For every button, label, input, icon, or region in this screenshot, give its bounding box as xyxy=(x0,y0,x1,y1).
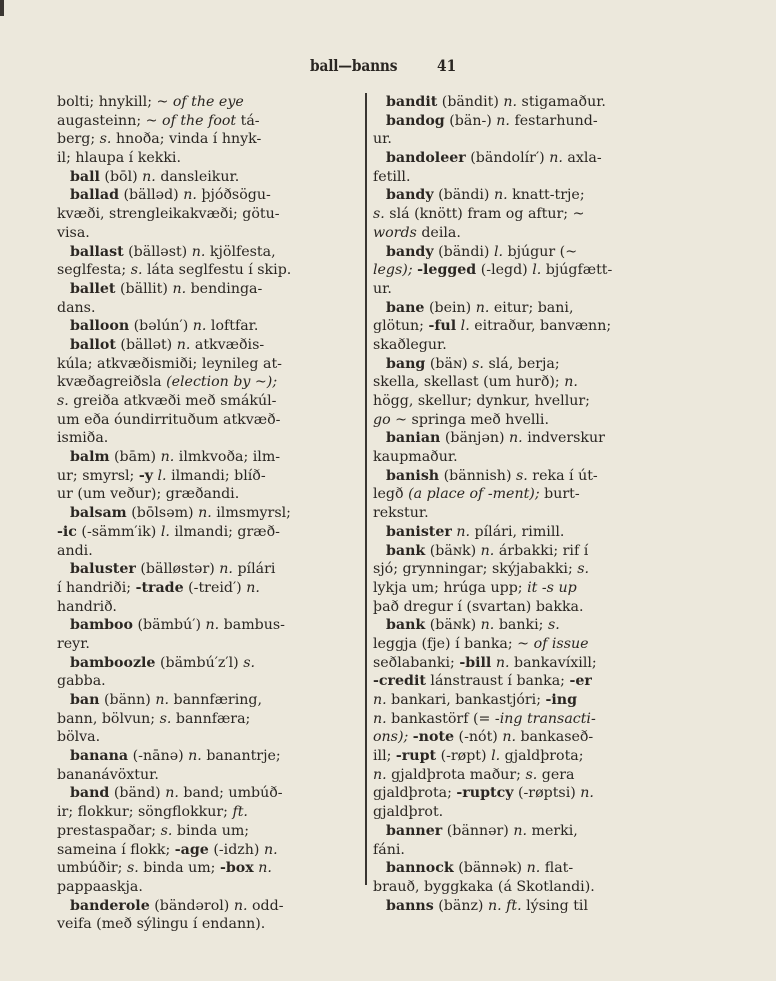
definition-text: (bändərol) xyxy=(150,898,234,914)
headword: ball xyxy=(70,169,100,185)
grammar-or-phrase: s. xyxy=(373,206,385,222)
definition-text: bannfæra; xyxy=(171,711,250,727)
entry-continuation-line: seðlabanki; -bill n. bankavíxill; xyxy=(373,654,666,673)
definition-text: (bällit) xyxy=(115,281,172,297)
definition-text: árbakki; rif í xyxy=(494,543,588,559)
definition-text: gjaldþrot. xyxy=(373,804,443,820)
definition-text: pílári xyxy=(233,561,275,577)
headword: bane xyxy=(386,300,424,316)
entry-first-line: ball (bōl) n. dansleikur. xyxy=(57,168,347,187)
grammar-or-phrase: n. xyxy=(183,187,197,203)
entry-continuation-line: glötun; -ful l. eitraður, banvænn; xyxy=(373,317,666,336)
entry-first-line: banns (bänz) n. ft. lýsing til xyxy=(373,897,666,916)
headword: banian xyxy=(386,430,440,446)
headword: bannock xyxy=(386,860,454,876)
entry-continuation-line: ill; -rupt (-røpt) l. gjaldþrota; xyxy=(373,747,666,766)
grammar-or-phrase: n. xyxy=(373,711,387,727)
entry-continuation-line: pappaaskja. xyxy=(57,878,347,897)
column-divider xyxy=(365,93,367,885)
entry-continuation-line: ons); -note (-nót) n. bankaseð- xyxy=(373,728,666,747)
headword: -ing xyxy=(546,692,578,708)
grammar-or-phrase: ~ of the eye xyxy=(156,94,243,110)
entry-first-line: bandoleer (bändolír′) n. axla- xyxy=(373,149,666,168)
definition-text: rekstur. xyxy=(373,505,429,521)
grammar-or-phrase: go ~ xyxy=(373,412,407,428)
grammar-or-phrase: (a place of -ment); xyxy=(408,486,540,502)
entry-first-line: bandy (bändi) n. knatt-trje; xyxy=(373,186,666,205)
definition-text: (-idzh) xyxy=(209,842,264,858)
headword: -trade xyxy=(136,580,184,596)
definition-text: lánstraust í banka; xyxy=(426,673,570,689)
headword: ballet xyxy=(70,281,115,297)
definition-text: ilmkvoða; ilm- xyxy=(174,449,280,465)
entry-continuation-line: seglfesta; s. láta seglfestu í skip. xyxy=(57,261,347,280)
grammar-or-phrase: l. xyxy=(158,468,167,484)
definition-text: dans. xyxy=(57,300,95,316)
definition-text: gabba. xyxy=(57,673,106,689)
entry-continuation-line: högg, skellur; dynkur, hvellur; xyxy=(373,392,666,411)
headword: bandog xyxy=(386,113,445,129)
definition-text: bankavíxill; xyxy=(509,655,596,671)
grammar-or-phrase: s. xyxy=(127,860,139,876)
definition-text: ir; flokkur; söngflokkur; xyxy=(57,804,232,820)
definition-text: (-nānə) xyxy=(128,748,188,764)
definition-text: þjóðsögu- xyxy=(197,187,271,203)
grammar-or-phrase: n. xyxy=(373,767,387,783)
grammar-or-phrase: n. xyxy=(481,543,495,559)
definition-text: (-nót) xyxy=(454,729,502,745)
grammar-or-phrase: n. xyxy=(456,524,470,540)
definition-text: tá- xyxy=(236,113,259,129)
scan-edge-mark xyxy=(0,0,4,16)
definition-text: berg; xyxy=(57,131,100,147)
headword: -credit xyxy=(373,673,426,689)
entry-first-line: banderole (bändərol) n. odd- xyxy=(57,897,347,916)
headword: -note xyxy=(413,729,454,745)
entry-continuation-line: umbúðir; s. binda um; -box n. xyxy=(57,859,347,878)
entry-continuation-line: gjaldþrot. xyxy=(373,803,666,822)
entry-first-line: banister n. pílári, rimill. xyxy=(373,523,666,542)
definition-text: (-treid′) xyxy=(184,580,247,596)
definition-text: axla- xyxy=(563,150,602,166)
headword: banderole xyxy=(70,898,150,914)
grammar-or-phrase: n. xyxy=(481,617,495,633)
definition-text: bjúgur ( xyxy=(503,244,565,260)
definition-text: bambus- xyxy=(219,617,285,633)
headword: bank xyxy=(386,543,425,559)
definition-text: loftfar. xyxy=(206,318,258,334)
definition-text: bjúgfætt- xyxy=(541,262,612,278)
definition-text: binda um; xyxy=(172,823,249,839)
headword: bank xyxy=(386,617,425,633)
entry-continuation-line: bananávöxtur. xyxy=(57,766,347,785)
grammar-or-phrase: n. xyxy=(188,748,202,764)
entry-continuation-line: n. bankastörf (= -ing transacti- xyxy=(373,710,666,729)
definition-text: bannfæring, xyxy=(169,692,262,708)
grammar-or-phrase: n. xyxy=(206,617,220,633)
entry-continuation-line: visa. xyxy=(57,224,347,243)
headword: -y xyxy=(139,468,153,484)
definition-text: (-røptsi) xyxy=(513,785,580,801)
headword: banns xyxy=(386,898,434,914)
definition-text: kúla; atkvæðismiði; leynileg at- xyxy=(57,356,282,372)
entry-continuation-line: ismiða. xyxy=(57,429,347,448)
grammar-or-phrase: s. xyxy=(161,823,173,839)
headword: -ruptcy xyxy=(456,785,513,801)
entry-first-line: bane (bein) n. eitur; bani, xyxy=(373,299,666,318)
entry-first-line: bandy (bändi) l. bjúgur (~ xyxy=(373,243,666,262)
headword: -legged xyxy=(417,262,476,278)
headword: banner xyxy=(386,823,442,839)
headword: bandy xyxy=(386,187,434,203)
grammar-or-phrase: n. xyxy=(496,113,510,129)
grammar-or-phrase: (election by ~); xyxy=(166,374,277,390)
grammar-or-phrase: n. xyxy=(258,860,272,876)
grammar-or-phrase: l. xyxy=(532,262,541,278)
entry-continuation-line: fetill. xyxy=(373,168,666,187)
definition-text: (bälləst) xyxy=(124,244,192,260)
headword: balm xyxy=(70,449,110,465)
definition-text: eitraður, banvænn; xyxy=(470,318,611,334)
running-head: ball—banns xyxy=(310,56,397,75)
definition-text: visa. xyxy=(57,225,90,241)
definition-text: (bām) xyxy=(110,449,161,465)
entry-continuation-line: sameina í flokk; -age (-idzh) n. xyxy=(57,841,347,860)
definition-text: deila. xyxy=(417,225,461,241)
definition-text: veifa (með sýlingu í endann). xyxy=(57,916,265,932)
entry-continuation-line: ur; smyrsl; -y l. ilmandi; blíð- xyxy=(57,467,347,486)
headword: baluster xyxy=(70,561,136,577)
definition-text: (bällət) xyxy=(116,337,177,353)
definition-text: ur. xyxy=(373,281,392,297)
grammar-or-phrase: n. xyxy=(198,505,212,521)
definition-text: dansleikur. xyxy=(156,169,239,185)
entry-continuation-line: ir; flokkur; söngflokkur; ft. xyxy=(57,803,347,822)
grammar-or-phrase: ft. xyxy=(232,804,247,820)
entry-continuation-line: il; hlaupa í kekki. xyxy=(57,149,347,168)
definition-text: odd- xyxy=(248,898,284,914)
entry-continuation-line: gabba. xyxy=(57,672,347,691)
headword: ban xyxy=(70,692,99,708)
entry-continuation-line: það dregur í (svartan) bakka. xyxy=(373,598,666,617)
definition-text: (bäɴk) xyxy=(425,617,480,633)
definition-text: gjaldþrota maður; xyxy=(387,767,526,783)
definition-text: glötun; xyxy=(373,318,428,334)
headword: -ful xyxy=(428,318,456,334)
grammar-or-phrase: n. xyxy=(503,94,517,110)
definition-text: ismiða. xyxy=(57,430,108,446)
grammar-or-phrase: n. xyxy=(142,169,156,185)
definition-text: bölva. xyxy=(57,729,100,745)
grammar-or-phrase: n. xyxy=(219,561,233,577)
definition-text: burt- xyxy=(540,486,580,502)
definition-text: högg, skellur; dynkur, hvellur; xyxy=(373,393,590,409)
definition-text: band; umbúð- xyxy=(179,785,283,801)
definition-text: springa með hvelli. xyxy=(407,412,549,428)
definition-text: (bämbú′) xyxy=(133,617,206,633)
definition-text: seðlabanki; xyxy=(373,655,459,671)
entry-continuation-line: n. gjaldþrota maður; s. gera xyxy=(373,766,666,785)
definition-text: (bänjən) xyxy=(440,430,509,446)
grammar-or-phrase: s. xyxy=(516,468,528,484)
entry-first-line: bannock (bännək) n. flat- xyxy=(373,859,666,878)
grammar-or-phrase: ~ of issue xyxy=(517,636,588,652)
definition-text: brauð, byggkaka (á Skotlandi). xyxy=(373,879,595,895)
grammar-or-phrase: n. xyxy=(234,898,248,914)
grammar-or-phrase: n. xyxy=(476,300,490,316)
grammar-or-phrase: -ing transacti- xyxy=(495,711,596,727)
definition-text: sameina í flokk; xyxy=(57,842,175,858)
grammar-or-phrase: it -s up xyxy=(527,580,577,596)
definition-text: slá (knött) fram og aftur; xyxy=(385,206,573,222)
entry-first-line: band (bänd) n. band; umbúð- xyxy=(57,784,347,803)
definition-text: (bämbú′z′l) xyxy=(155,655,243,671)
entry-first-line: bamboo (bämbú′) n. bambus- xyxy=(57,616,347,635)
entry-continuation-line: kvæðagreiðsla (election by ~); xyxy=(57,373,347,392)
grammar-or-phrase: n. xyxy=(580,785,594,801)
grammar-or-phrase: n. xyxy=(165,785,179,801)
grammar-or-phrase: ~ xyxy=(565,244,577,260)
definition-text: (bänn) xyxy=(99,692,155,708)
entry-first-line: ballot (bällət) n. atkvæðis- xyxy=(57,336,347,355)
entry-continuation-line: bölva. xyxy=(57,728,347,747)
definition-text: bankaseð- xyxy=(516,729,593,745)
definition-text: bann, bölvun; xyxy=(57,711,160,727)
grammar-or-phrase: n. xyxy=(494,187,508,203)
entry-first-line: bank (bäɴk) n. árbakki; rif í xyxy=(373,542,666,561)
grammar-or-phrase: words xyxy=(373,225,417,241)
definition-text: láta seglfestu í skip. xyxy=(142,262,291,278)
grammar-or-phrase: s. xyxy=(131,262,143,278)
definition-text: skella, skellast (um hurð); xyxy=(373,374,564,390)
grammar-or-phrase: s. xyxy=(577,561,589,577)
headword: bandy xyxy=(386,244,434,260)
entry-first-line: balsam (bōlsəm) n. ilmsmyrsl; xyxy=(57,504,347,523)
definition-text: banantrje; xyxy=(202,748,281,764)
definition-text: fetill. xyxy=(373,169,410,185)
definition-text: ilmsmyrsl; xyxy=(212,505,291,521)
grammar-or-phrase: n. xyxy=(172,281,186,297)
definition-text: (bändolír′) xyxy=(466,150,549,166)
entry-continuation-line: um eða óundirrituðum atkvæð- xyxy=(57,411,347,430)
right-column: bandit (bändit) n. stigamaður.bandog (bä… xyxy=(373,93,666,915)
entry-first-line: balloon (bəlún′) n. loftfar. xyxy=(57,317,347,336)
grammar-or-phrase: n. xyxy=(496,655,510,671)
definition-text: kvæði, strengleikakvæði; götu- xyxy=(57,206,280,222)
entry-continuation-line: leggja (fje) í banka; ~ of issue xyxy=(373,635,666,654)
definition-text: (bänd) xyxy=(109,785,165,801)
headword: balloon xyxy=(70,318,129,334)
definition-text: (bein) xyxy=(424,300,475,316)
grammar-or-phrase: s. xyxy=(243,655,255,671)
definition-text: legð xyxy=(373,486,408,502)
definition-text: (bändi) xyxy=(434,187,494,203)
grammar-or-phrase: n. xyxy=(177,337,191,353)
definition-text: lýsing til xyxy=(522,898,588,914)
grammar-or-phrase: n. xyxy=(549,150,563,166)
grammar-or-phrase: l. xyxy=(491,748,500,764)
entry-continuation-line: ur. xyxy=(373,280,666,299)
entry-continuation-line: -ic (-sämm′ik) l. ilmandi; græð- xyxy=(57,523,347,542)
grammar-or-phrase: n. xyxy=(513,823,527,839)
definition-text: knatt-trje; xyxy=(508,187,585,203)
definition-text: il; hlaupa í kekki. xyxy=(57,150,181,166)
headword: bang xyxy=(386,356,425,372)
definition-text: banki; xyxy=(494,617,548,633)
headword: -box xyxy=(220,860,254,876)
entry-continuation-line: kúla; atkvæðismiði; leynileg at- xyxy=(57,355,347,374)
grammar-or-phrase: n. xyxy=(509,430,523,446)
definition-text: indverskur xyxy=(523,430,605,446)
grammar-or-phrase: ons); xyxy=(373,729,408,745)
entry-first-line: baluster (bälløstər) n. pílári xyxy=(57,560,347,579)
entry-first-line: banner (bännər) n. merki, xyxy=(373,822,666,841)
definition-text: (bōlsəm) xyxy=(127,505,198,521)
definition-text: (-røpt) xyxy=(436,748,491,764)
entry-continuation-line: s. greiða atkvæði með smákúl- xyxy=(57,392,347,411)
definition-text: kjölfesta, xyxy=(205,244,275,260)
definition-text: atkvæðis- xyxy=(190,337,264,353)
definition-text: ilmandi; blíð- xyxy=(167,468,266,484)
entry-continuation-line: legs); -legged (-legd) l. bjúgfætt- xyxy=(373,261,666,280)
headword: banister xyxy=(386,524,452,540)
definition-text: ur. xyxy=(373,131,392,147)
grammar-or-phrase: n. xyxy=(192,244,206,260)
definition-text: (bəlún′) xyxy=(129,318,193,334)
entry-first-line: bandit (bändit) n. stigamaður. xyxy=(373,93,666,112)
entry-first-line: bamboozle (bämbú′z′l) s. xyxy=(57,654,347,673)
headword: bamboo xyxy=(70,617,133,633)
definition-text: bankari, bankastjóri; xyxy=(387,692,546,708)
grammar-or-phrase: n. xyxy=(193,318,207,334)
entry-first-line: ballad (bälləd) n. þjóðsögu- xyxy=(57,186,347,205)
entry-continuation-line: -credit lánstraust í banka; -er xyxy=(373,672,666,691)
entry-continuation-line: s. slá (knött) fram og aftur; ~ xyxy=(373,205,666,224)
grammar-or-phrase: legs); xyxy=(373,262,413,278)
definition-text: bankastörf (= xyxy=(387,711,495,727)
definition-text: (bōl) xyxy=(100,169,142,185)
grammar-or-phrase: ~ xyxy=(573,206,585,222)
entry-first-line: ballet (bällit) n. bendinga- xyxy=(57,280,347,299)
entry-first-line: balm (bām) n. ilmkvoða; ilm- xyxy=(57,448,347,467)
definition-text: bolti; hnykill; xyxy=(57,94,156,110)
definition-text: sjó; grynningar; skýjabakki; xyxy=(373,561,577,577)
definition-text: (bändit) xyxy=(437,94,503,110)
definition-text: kvæðagreiðsla xyxy=(57,374,166,390)
entry-continuation-line: legð (a place of -ment); burt- xyxy=(373,485,666,504)
entry-continuation-line: andi. xyxy=(57,542,347,561)
definition-text: gjaldþrota; xyxy=(373,785,456,801)
definition-text: (bän-) xyxy=(445,113,497,129)
definition-text: ill; xyxy=(373,748,396,764)
grammar-or-phrase: s. xyxy=(472,356,484,372)
grammar-or-phrase: l. xyxy=(461,318,470,334)
entry-continuation-line: kvæði, strengleikakvæði; götu- xyxy=(57,205,347,224)
entry-first-line: bandog (bän-) n. festarhund- xyxy=(373,112,666,131)
headword: -rupt xyxy=(396,748,436,764)
grammar-or-phrase: n. xyxy=(161,449,175,465)
grammar-or-phrase: n. xyxy=(246,580,260,596)
entry-continuation-line: augasteinn; ~ of the foot tá- xyxy=(57,112,347,131)
headword: -bill xyxy=(459,655,491,671)
entry-continuation-line: ur (um veður); græðandi. xyxy=(57,485,347,504)
definition-text: gjaldþrota; xyxy=(500,748,583,764)
definition-text: pílári, rimill. xyxy=(470,524,564,540)
definition-text: ur; smyrsl; xyxy=(57,468,139,484)
grammar-or-phrase: s. xyxy=(525,767,537,783)
headword: -ic xyxy=(57,524,77,540)
grammar-or-phrase: s. xyxy=(100,131,112,147)
definition-text: hnoða; vinda í hnyk- xyxy=(111,131,261,147)
definition-text: (bäɴ) xyxy=(425,356,472,372)
grammar-or-phrase: n. xyxy=(264,842,278,858)
definition-text: í handriði; xyxy=(57,580,136,596)
left-column: bolti; hnykill; ~ of the eyeaugasteinn; … xyxy=(57,93,347,934)
definition-text: umbúðir; xyxy=(57,860,127,876)
definition-text: prestaspaðar; xyxy=(57,823,161,839)
entry-continuation-line: n. bankari, bankastjóri; -ing xyxy=(373,691,666,710)
definition-text: andi. xyxy=(57,543,93,559)
entry-continuation-line: brauð, byggkaka (á Skotlandi). xyxy=(373,878,666,897)
definition-text: (bännək) xyxy=(454,860,527,876)
definition-text: greiða atkvæði með smákúl- xyxy=(69,393,277,409)
entry-continuation-line: handrið. xyxy=(57,598,347,617)
entry-continuation-line: kaupmaður. xyxy=(373,448,666,467)
entry-continuation-line: skaðlegur. xyxy=(373,336,666,355)
grammar-or-phrase: n. xyxy=(155,692,169,708)
definition-text: merki, xyxy=(527,823,578,839)
grammar-or-phrase: n. xyxy=(564,374,578,390)
entry-first-line: ballast (bälləst) n. kjölfesta, xyxy=(57,243,347,262)
definition-text: bananávöxtur. xyxy=(57,767,159,783)
definition-text: handrið. xyxy=(57,599,117,615)
headword: ballast xyxy=(70,244,124,260)
definition-text: pappaaskja. xyxy=(57,879,143,895)
grammar-or-phrase: n. xyxy=(527,860,541,876)
entry-continuation-line: skella, skellast (um hurð); n. xyxy=(373,373,666,392)
headword: -er xyxy=(569,673,591,689)
definition-text: skaðlegur. xyxy=(373,337,447,353)
headword: banish xyxy=(386,468,439,484)
grammar-or-phrase: ft. xyxy=(506,898,521,914)
headword: -age xyxy=(175,842,209,858)
definition-text: leggja (fje) í banka; xyxy=(373,636,517,652)
definition-text: (bälløstər) xyxy=(136,561,219,577)
definition-text: (bänz) xyxy=(434,898,488,914)
definition-text: ur (um veður); græðandi. xyxy=(57,486,239,502)
definition-text: seglfesta; xyxy=(57,262,131,278)
definition-text: (bännish) xyxy=(439,468,516,484)
definition-text: um eða óundirrituðum atkvæð- xyxy=(57,412,280,428)
definition-text: festarhund- xyxy=(510,113,598,129)
entry-continuation-line: words deila. xyxy=(373,224,666,243)
entry-first-line: banish (bännish) s. reka í út- xyxy=(373,467,666,486)
entry-continuation-line: ur. xyxy=(373,130,666,149)
grammar-or-phrase: n. xyxy=(373,692,387,708)
entry-continuation-line: í handriði; -trade (-treid′) n. xyxy=(57,579,347,598)
grammar-or-phrase: ~ of the foot xyxy=(146,113,236,129)
headword: banana xyxy=(70,748,128,764)
definition-text: (-sämm′ik) xyxy=(77,524,161,540)
page-number: 41 xyxy=(437,56,456,75)
entry-continuation-line: bolti; hnykill; ~ of the eye xyxy=(57,93,347,112)
entry-continuation-line: gjaldþrota; -ruptcy (-røptsi) n. xyxy=(373,784,666,803)
entry-first-line: banian (bänjən) n. indverskur xyxy=(373,429,666,448)
definition-text: slá, berja; xyxy=(484,356,560,372)
definition-text: (bälləd) xyxy=(119,187,183,203)
headword: bamboozle xyxy=(70,655,155,671)
entry-first-line: bank (bäɴk) n. banki; s. xyxy=(373,616,666,635)
